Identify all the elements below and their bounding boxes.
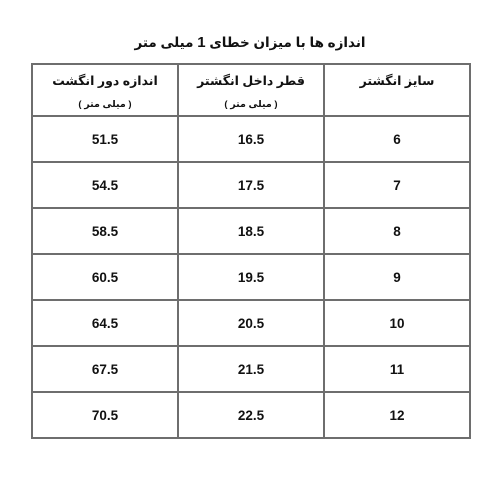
header-label: سایز انگشتر [325, 73, 469, 89]
cell-ring-size: 7 [324, 162, 470, 208]
cell-finger-circumference: 70.5 [32, 392, 178, 438]
table-row: 7 17.5 54.5 [32, 162, 470, 208]
table-row: 11 21.5 67.5 [32, 346, 470, 392]
cell-inner-diameter: 19.5 [178, 254, 324, 300]
title-number: 1 [197, 34, 205, 51]
cell-inner-diameter: 22.5 [178, 392, 324, 438]
cell-inner-diameter: 21.5 [178, 346, 324, 392]
table-row: 6 16.5 51.5 [32, 116, 470, 162]
cell-inner-diameter: 17.5 [178, 162, 324, 208]
cell-inner-diameter: 18.5 [178, 208, 324, 254]
header-row: سایز انگشتر قطر داخل انگشتر ( میلی متر )… [32, 64, 470, 116]
cell-finger-circumference: 64.5 [32, 300, 178, 346]
header-unit: ( میلی متر ) [33, 99, 177, 111]
header-inner-diameter: قطر داخل انگشتر ( میلی متر ) [178, 64, 324, 116]
title-prefix: اندازه ها با میزان خطای [209, 35, 365, 50]
ring-size-table: سایز انگشتر قطر داخل انگشتر ( میلی متر )… [31, 63, 471, 439]
cell-finger-circumference: 60.5 [32, 254, 178, 300]
cell-finger-circumference: 54.5 [32, 162, 178, 208]
cell-ring-size: 8 [324, 208, 470, 254]
header-label: اندازه دور انگشت [33, 73, 177, 89]
cell-inner-diameter: 16.5 [178, 116, 324, 162]
header-label: قطر داخل انگشتر [179, 73, 323, 89]
table-row: 8 18.5 58.5 [32, 208, 470, 254]
header-finger-circumference: اندازه دور انگشت ( میلی متر ) [32, 64, 178, 116]
header-ring-size: سایز انگشتر [324, 64, 470, 116]
cell-finger-circumference: 58.5 [32, 208, 178, 254]
title-suffix: میلی متر [134, 35, 193, 50]
cell-ring-size: 6 [324, 116, 470, 162]
cell-ring-size: 9 [324, 254, 470, 300]
cell-ring-size: 10 [324, 300, 470, 346]
header-unit: ( میلی متر ) [179, 99, 323, 111]
table-row: 12 22.5 70.5 [32, 392, 470, 438]
cell-ring-size: 12 [324, 392, 470, 438]
cell-finger-circumference: 67.5 [32, 346, 178, 392]
table-row: 10 20.5 64.5 [32, 300, 470, 346]
page-title: اندازه ها با میزان خطای 1 میلی متر [0, 34, 500, 52]
cell-inner-diameter: 20.5 [178, 300, 324, 346]
table-row: 9 19.5 60.5 [32, 254, 470, 300]
cell-finger-circumference: 51.5 [32, 116, 178, 162]
cell-ring-size: 11 [324, 346, 470, 392]
